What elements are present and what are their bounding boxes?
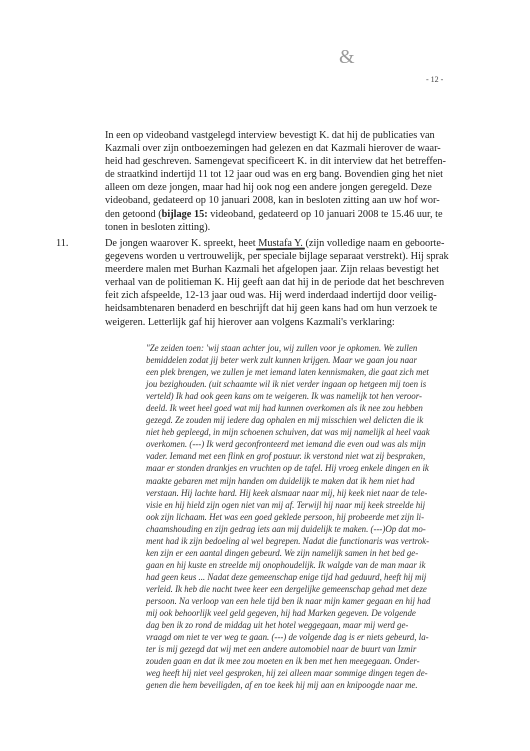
text-line: heidsambtenaren benaderd en beschrijft d… — [105, 302, 480, 315]
text-line: meerdere malen met Burhan Kazmali het af… — [105, 263, 480, 276]
quote-line: overkomen. (---) Ik werd geconfronteerd … — [146, 438, 478, 450]
text-line: weigeren. Letterlijk gaf hij hierover aa… — [105, 316, 480, 329]
quote-line: verteld) Ik had ook geen kans om te weig… — [146, 390, 478, 402]
quote-line: deeld. Ik weet heel goed wat mij had kun… — [146, 402, 478, 414]
text-fragment: den getoond ( — [105, 209, 162, 220]
paragraph-mustafa: De jongen waarover K. spreekt, heet Must… — [105, 237, 480, 329]
quote-line: ken zijn er een aantal dingen gebeurd. W… — [146, 547, 478, 559]
quote-line: vader. Iemand met een flink en grof post… — [146, 450, 478, 462]
text-line: alleen om deze jongen, maar had hij ook … — [105, 181, 480, 194]
quote-line: "Ze zeiden toen: 'wij staan achter jou, … — [146, 342, 478, 354]
quote-line: visie en hij hield zijn ogen niet van mi… — [146, 499, 478, 511]
page-number: - 12 - — [426, 75, 443, 84]
text-line: De jongen waarover K. spreekt, heet Must… — [105, 237, 480, 250]
text-line: feit zich afspeelde, 12-13 jaar oud was.… — [105, 289, 480, 302]
quote-line: mij ook behoorlijk veel geld gegeven, hi… — [146, 607, 478, 619]
text-line: Kazmali over zijn ontboezemingen had gel… — [105, 142, 480, 155]
quote-line: chaamshouding en zijn gedrag iets aan mi… — [146, 523, 478, 535]
quote-line: jou bezighouden. (uit schaamte wil ik ni… — [146, 378, 478, 390]
quote-line: ook zijn lichaam. Het was een goed gekle… — [146, 511, 478, 523]
text-line: verhaal van de politieman K. Hij geeft a… — [105, 276, 480, 289]
quote-line: had geen keus ... Nadat deze gemeenschap… — [146, 571, 478, 583]
quote-line: zouden gaan en dat ik mee zou moeten en … — [146, 655, 478, 667]
text-line: heid had geschreven. Samengevat specific… — [105, 155, 480, 168]
quote-line: gezegd. Ze zouden mij iedere dag ophalen… — [146, 414, 478, 426]
quote-line: ter is mij gezegd dat wij met een andere… — [146, 643, 478, 655]
text-fragment: De jongen waarover K. spreekt, heet — [105, 238, 258, 249]
quote-line: bemiddelen zodat jij beter werk zult kun… — [146, 354, 478, 366]
exhibit-reference: bijlage 15: — [162, 209, 208, 220]
quote-line: ment had ik zijn bedoeling al wel begrep… — [146, 535, 478, 547]
text-line: In een op videoband vastgelegd interview… — [105, 129, 480, 142]
quote-line: verleid. Ik heb die nacht twee keer een … — [146, 583, 478, 595]
quote-line: persoon. Na verloop van een hele tijd be… — [146, 595, 478, 607]
text-line: den getoond (bijlage 15: videoband, geda… — [105, 208, 480, 221]
text-line: tonen in besloten zitting). — [105, 221, 480, 234]
quote-line: dag ben ik zo rond de middag uit het hot… — [146, 619, 478, 631]
paragraph-videoband: In een op videoband vastgelegd interview… — [105, 129, 480, 234]
quote-line: niet heb gepleegd, in mijn schoenen schu… — [146, 426, 478, 438]
quote-line: een plek brengen, we zullen je met ieman… — [146, 366, 478, 378]
text-line: videoband, gedateerd op 10 januari 2008,… — [105, 194, 480, 207]
quote-line: genen die hem beveiligden, af en toe kee… — [146, 679, 478, 691]
paragraph-number: 11. — [56, 237, 69, 250]
quote-line: vraagd om niet te ver weg te gaan. (---)… — [146, 631, 478, 643]
ampersand-logo-icon: & — [339, 46, 355, 69]
quote-line: weg heeft hij niet veel gesproken, hij z… — [146, 667, 478, 679]
quote-line: verstaan. Hij lachte hard. Hij keek alsm… — [146, 487, 478, 499]
underlined-name: Mustafa Y. — [258, 238, 303, 249]
block-quote-statement: "Ze zeiden toen: 'wij staan achter jou, … — [146, 342, 478, 691]
quote-line: maar er stonden drankjes en vruchten op … — [146, 462, 478, 474]
text-line: de straatkind indertijd 11 tot 12 jaar o… — [105, 168, 480, 181]
text-fragment: (zijn volledige naam en geboorte- — [303, 238, 445, 249]
quote-line: gaan en hij kuste en streelde mij onopho… — [146, 559, 478, 571]
quote-line: maakte gebaren met mijn handen om duidel… — [146, 475, 478, 487]
text-line: gegevens worden u vertrouwelijk, per spe… — [105, 250, 480, 263]
text-fragment: videoband, gedateerd op 10 januari 2008 … — [208, 209, 443, 220]
